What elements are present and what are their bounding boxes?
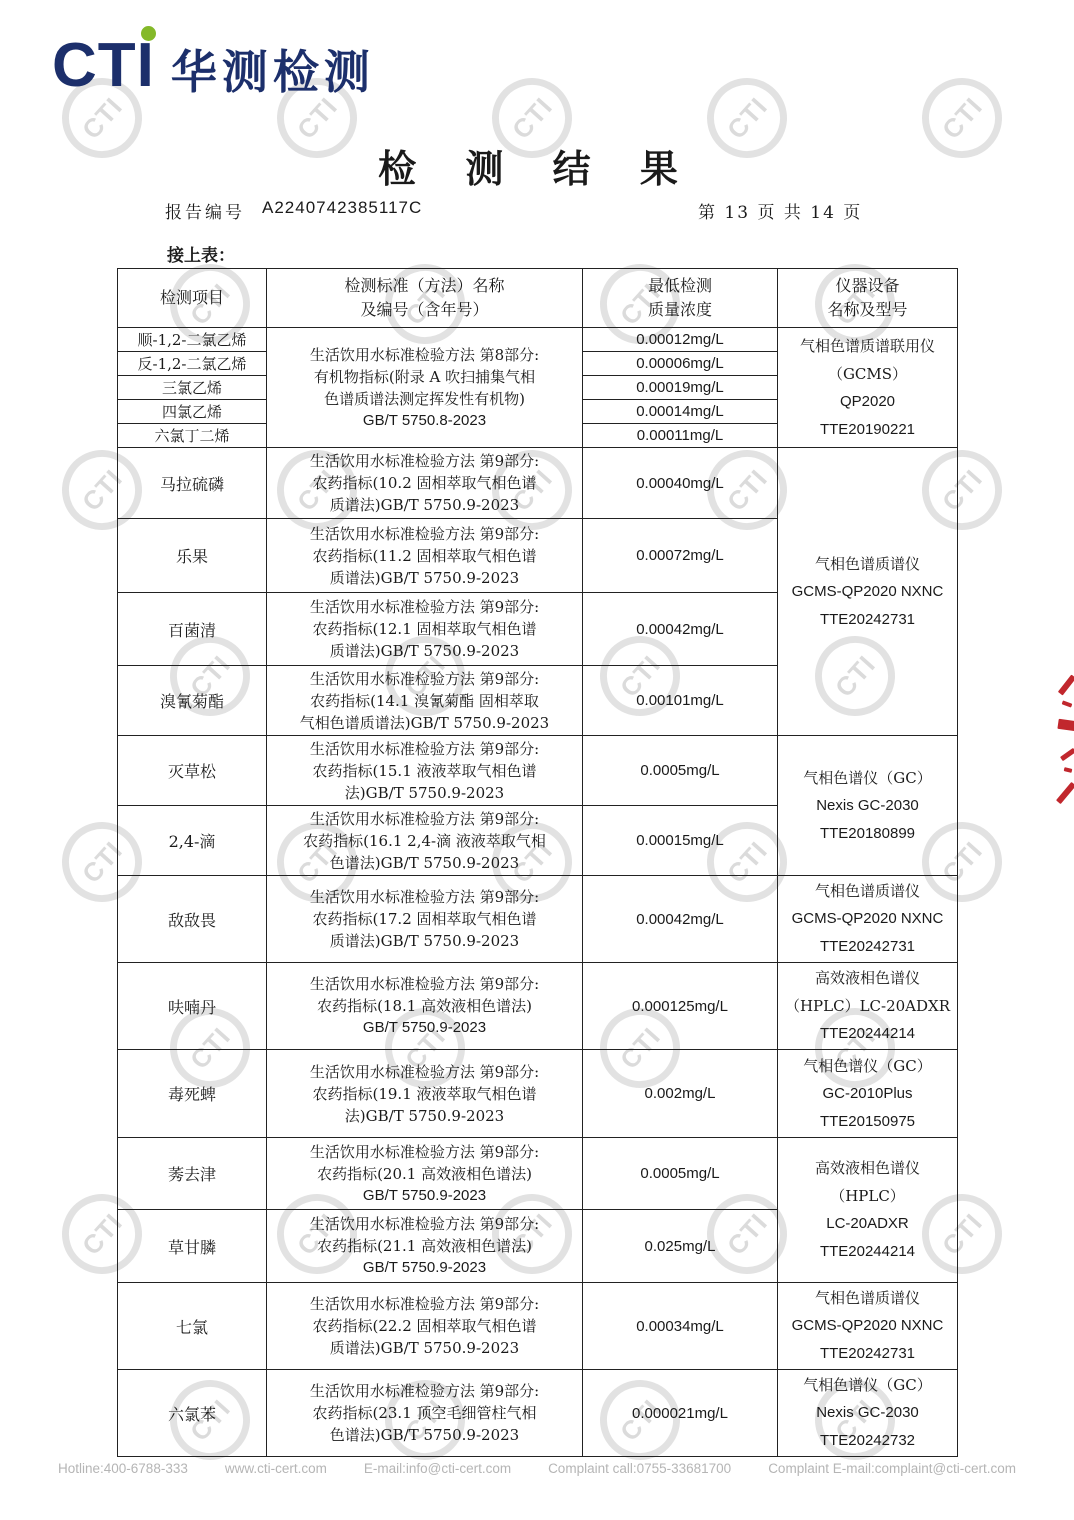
method-standard-cell: 生活饮用水标准检验方法 第9部分:农药指标(14.1 溴氰菊酯 固相萃取气相色谱… [267, 666, 583, 736]
instrument-cell: 高效液相色谱仪（HPLC）LC-20ADXRTTE20244214 [778, 1138, 958, 1283]
detection-limit-value: 0.00042mg/L [583, 593, 778, 666]
red-stamp-fragment [1046, 668, 1074, 818]
table-row: 呋喃丹生活饮用水标准检验方法 第9部分:农药指标(18.1 高效液相色谱法)GB… [118, 963, 958, 1050]
test-item-name: 顺-1,2-二氯乙烯 [118, 328, 267, 352]
detection-limit-value: 0.00015mg/L [583, 806, 778, 876]
method-standard-cell: 生活饮用水标准检验方法 第9部分:农药指标(17.2 固相萃取气相色谱质谱法)G… [267, 876, 583, 963]
test-item-name: 三氯乙烯 [118, 376, 267, 400]
detection-limit-value: 0.000021mg/L [583, 1370, 778, 1457]
test-item-name: 六氯丁二烯 [118, 424, 267, 448]
report-no-value: A2240742385117C [262, 198, 422, 218]
instrument-cell: 气相色谱仪（GC）Nexis GC-2030TTE20242732 [778, 1370, 958, 1457]
instrument-cell: 气相色谱质谱仪GCMS-QP2020 NXNCTTE20242731 [778, 448, 958, 736]
table-body: 顺-1,2-二氯乙烯生活饮用水标准检验方法 第8部分:有机物指标(附录 A 吹扫… [118, 328, 958, 1457]
table-row: 敌敌畏生活饮用水标准检验方法 第9部分:农药指标(17.2 固相萃取气相色谱质谱… [118, 876, 958, 963]
logo-green-dot-icon [141, 26, 156, 41]
method-standard-cell: 生活饮用水标准检验方法 第9部分:农药指标(18.1 高效液相色谱法)GB/T … [267, 963, 583, 1050]
instrument-cell: 高效液相色谱仪（HPLC）LC-20ADXRTTE20244214 [778, 963, 958, 1050]
table-row: 毒死蜱生活饮用水标准检验方法 第9部分:农药指标(19.1 液液萃取气相色谱法)… [118, 1050, 958, 1138]
test-item-name: 毒死蜱 [118, 1050, 267, 1138]
results-table: 检测项目 检测标准（方法）名称及编号（含年号） 最低检测质量浓度 仪器设备名称及… [117, 268, 958, 1457]
detection-limit-value: 0.025mg/L [583, 1210, 778, 1283]
detection-limit-value: 0.00014mg/L [583, 400, 778, 424]
method-standard-cell: 生活饮用水标准检验方法 第9部分:农药指标(21.1 高效液相色谱法)GB/T … [267, 1210, 583, 1283]
table-header: 检测项目 检测标准（方法）名称及编号（含年号） 最低检测质量浓度 仪器设备名称及… [118, 269, 958, 328]
detection-limit-value: 0.00012mg/L [583, 328, 778, 352]
method-standard-cell: 生活饮用水标准检验方法 第9部分:农药指标(12.1 固相萃取气相色谱质谱法)G… [267, 593, 583, 666]
method-standard-cell: 生活饮用水标准检验方法 第9部分:农药指标(23.1 顶空毛细管柱气相色谱法)G… [267, 1370, 583, 1457]
detection-limit-value: 0.00006mg/L [583, 352, 778, 376]
method-standard-cell: 生活饮用水标准检验方法 第9部分:农药指标(10.2 固相萃取气相色谱质谱法)G… [267, 448, 583, 519]
detection-limit-value: 0.0005mg/L [583, 1138, 778, 1210]
instrument-cell: 气相色谱仪（GC）Nexis GC-2030TTE20180899 [778, 736, 958, 876]
test-item-name: 反-1,2-二氯乙烯 [118, 352, 267, 376]
test-item-name: 2,4-滴 [118, 806, 267, 876]
test-item-name: 百菌清 [118, 593, 267, 666]
detection-limit-value: 0.00034mg/L [583, 1283, 778, 1370]
table-row: 六氯苯生活饮用水标准检验方法 第9部分:农药指标(23.1 顶空毛细管柱气相色谱… [118, 1370, 958, 1457]
footer-complaint-email: Complaint E-mail:complaint@cti-cert.com [768, 1461, 1016, 1476]
method-standard-cell: 生活饮用水标准检验方法 第9部分:农药指标(15.1 液液萃取气相色谱法)GB/… [267, 736, 583, 806]
test-item-name: 灭草松 [118, 736, 267, 806]
table-row: 灭草松生活饮用水标准检验方法 第9部分:农药指标(15.1 液液萃取气相色谱法)… [118, 736, 958, 806]
table-row: 莠去津生活饮用水标准检验方法 第9部分:农药指标(20.1 高效液相色谱法)GB… [118, 1138, 958, 1210]
page-title: 检 测 结 果 [0, 138, 1074, 193]
page-info: 第 13 页 共 14 页 [698, 198, 862, 223]
footer-website: www.cti-cert.com [225, 1461, 327, 1476]
detection-limit-value: 0.000125mg/L [583, 963, 778, 1050]
footer-hotline: Hotline:400-6788-333 [58, 1461, 188, 1476]
footer-email: E-mail:info@cti-cert.com [364, 1461, 511, 1476]
table-row: 七氯生活饮用水标准检验方法 第9部分:农药指标(22.2 固相萃取气相色谱质谱法… [118, 1283, 958, 1370]
method-standard-cell: 生活饮用水标准检验方法 第9部分:农药指标(16.1 2,4-滴 液液萃取气相色… [267, 806, 583, 876]
test-item-name: 溴氰菊酯 [118, 666, 267, 736]
footer-complaint-call: Complaint call:0755-33681700 [548, 1461, 731, 1476]
method-standard-cell: 生活饮用水标准检验方法 第9部分:农药指标(20.1 高效液相色谱法)GB/T … [267, 1138, 583, 1210]
footer-contact-bar: Hotline:400-6788-333 www.cti-cert.com E-… [0, 1461, 1074, 1476]
method-standard-cell: 生活饮用水标准检验方法 第8部分:有机物指标(附录 A 吹扫捕集气相色谱质谱法测… [267, 328, 583, 448]
instrument-cell: 气相色谱质谱联用仪（GCMS）QP2020TTE20190221 [778, 328, 958, 448]
table-header-row: 检测项目 检测标准（方法）名称及编号（含年号） 最低检测质量浓度 仪器设备名称及… [118, 269, 958, 328]
continued-from-label: 接上表： [167, 241, 235, 266]
cti-logo-ct: CT [52, 34, 137, 98]
detection-limit-value: 0.00101mg/L [583, 666, 778, 736]
col-header-limit: 最低检测质量浓度 [583, 269, 778, 328]
method-standard-cell: 生活饮用水标准检验方法 第9部分:农药指标(11.2 固相萃取气相色谱质谱法)G… [267, 519, 583, 593]
detection-limit-value: 0.00040mg/L [583, 448, 778, 519]
test-item-name: 乐果 [118, 519, 267, 593]
detection-limit-value: 0.00042mg/L [583, 876, 778, 963]
test-item-name: 四氯乙烯 [118, 400, 267, 424]
report-no-label: 报告编号 [165, 198, 245, 223]
test-item-name: 草甘膦 [118, 1210, 267, 1283]
detection-limit-value: 0.00019mg/L [583, 376, 778, 400]
test-item-name: 马拉硫磷 [118, 448, 267, 519]
test-item-name: 呋喃丹 [118, 963, 267, 1050]
method-standard-cell: 生活饮用水标准检验方法 第9部分:农药指标(22.2 固相萃取气相色谱质谱法)G… [267, 1283, 583, 1370]
test-item-name: 七氯 [118, 1283, 267, 1370]
test-item-name: 敌敌畏 [118, 876, 267, 963]
detection-limit-value: 0.0005mg/L [583, 736, 778, 806]
report-page: CTI 华测检测 检 测 结 果 报告编号 A2240742385117C 第 … [0, 0, 1074, 1520]
detection-limit-value: 0.00011mg/L [583, 424, 778, 448]
col-header-instrument: 仪器设备名称及型号 [778, 269, 958, 328]
cti-logo-i: I [137, 34, 155, 98]
instrument-cell: 气相色谱质谱仪GCMS-QP2020 NXNCTTE20242731 [778, 1283, 958, 1370]
table-row: 顺-1,2-二氯乙烯生活饮用水标准检验方法 第8部分:有机物指标(附录 A 吹扫… [118, 328, 958, 352]
col-header-item: 检测项目 [118, 269, 267, 328]
cti-logo: CTI 华测检测 [52, 34, 375, 98]
table-row: 马拉硫磷生活饮用水标准检验方法 第9部分:农药指标(10.2 固相萃取气相色谱质… [118, 448, 958, 519]
instrument-cell: 气相色谱仪（GC）GC-2010PlusTTE20150975 [778, 1050, 958, 1138]
detection-limit-value: 0.00072mg/L [583, 519, 778, 593]
company-name: 华测检测 [171, 46, 375, 98]
detection-limit-value: 0.002mg/L [583, 1050, 778, 1138]
method-standard-cell: 生活饮用水标准检验方法 第9部分:农药指标(19.1 液液萃取气相色谱法)GB/… [267, 1050, 583, 1138]
test-item-name: 莠去津 [118, 1138, 267, 1210]
instrument-cell: 气相色谱质谱仪GCMS-QP2020 NXNCTTE20242731 [778, 876, 958, 963]
col-header-method: 检测标准（方法）名称及编号（含年号） [267, 269, 583, 328]
cti-logo-letters: CTI [52, 34, 155, 98]
test-item-name: 六氯苯 [118, 1370, 267, 1457]
